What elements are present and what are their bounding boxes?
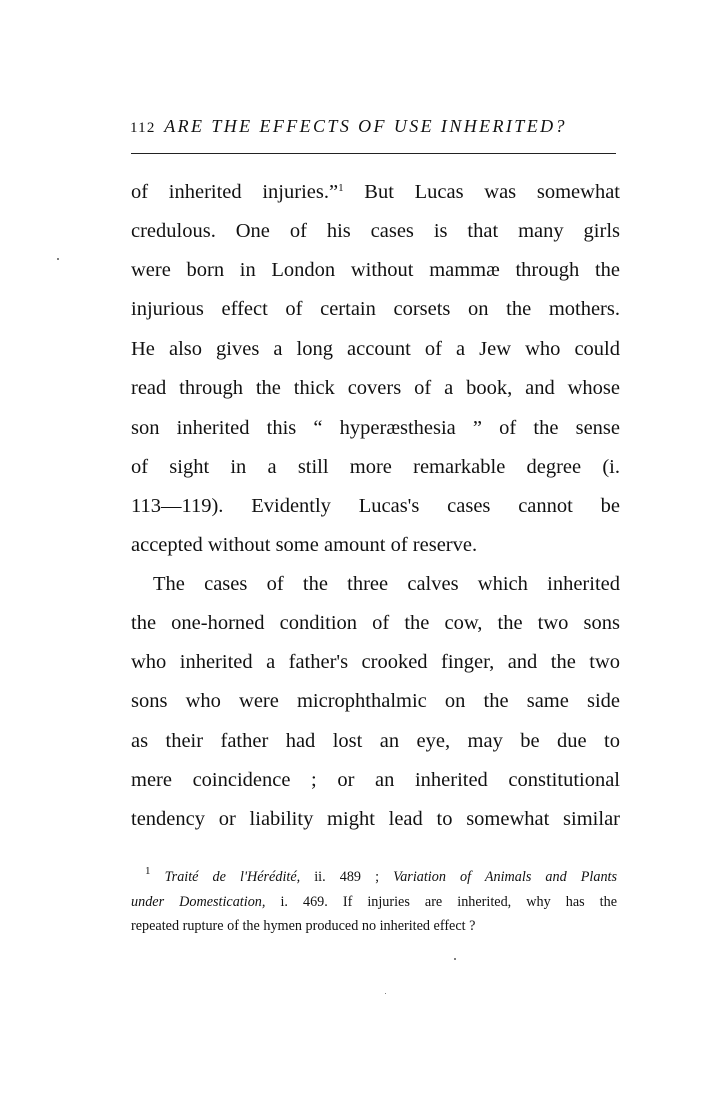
body-line-11: The cases of the three calves which inhe… — [131, 569, 620, 599]
running-header: 112 ARE THE EFFECTS OF USE INHERITED? — [130, 116, 620, 140]
body-line-12: the one-horned condition of the cow, the… — [131, 608, 620, 638]
footnote-ref-2: i. 469. If injuries are inherited, why h… — [265, 894, 617, 910]
body-line-3: were born in London without mammæ throug… — [131, 255, 620, 285]
book-page: 112 ARE THE EFFECTS OF USE INHERITED? of… — [0, 0, 727, 1112]
footnote-title-2a: Variation of Animals and Plants — [393, 869, 617, 885]
footnote-line-2: under Domestication, i. 469. If injuries… — [131, 891, 617, 913]
body-line-14: sons who were microphthalmic on the same… — [131, 686, 620, 716]
footnote-ref-1: ii. 489 ; — [300, 869, 393, 885]
body-line-17: tendency or liability might lead to some… — [131, 804, 620, 834]
scan-speck — [454, 958, 456, 960]
footnote-title-2b: under Domestication, — [131, 894, 265, 910]
page-number: 112 — [130, 120, 156, 136]
body-line-4: injurious effect of certain corsets on t… — [131, 294, 620, 324]
scan-speck — [385, 993, 386, 994]
body-line-16: mere coincidence ; or an inherited const… — [131, 765, 620, 795]
body-line-8: of sight in a still more remarkable degr… — [131, 452, 620, 482]
line-text: of inherited injuries.” — [131, 181, 338, 203]
footnote-title-1: Traité de l'Hérédité, — [165, 869, 301, 885]
body-line-6: read through the thick covers of a book,… — [131, 373, 620, 403]
footnote-marker: 1 — [145, 865, 151, 877]
header-rule — [131, 153, 616, 154]
body-line-9: 113—119). Evidently Lucas's cases cannot… — [131, 491, 620, 521]
footnote-line-3: repeated rupture of the hymen produced n… — [131, 915, 617, 937]
body-line-13: who inherited a father's crooked finger,… — [131, 647, 620, 677]
body-line-2: credulous. One of his cases is that many… — [131, 216, 620, 246]
body-line-10: accepted without some amount of reserve. — [131, 530, 620, 560]
line-text: But Lucas was somewhat — [344, 181, 620, 203]
body-line-15: as their father had lost an eye, may be … — [131, 726, 620, 756]
body-line-1: of inherited injuries.”1 But Lucas was s… — [131, 177, 620, 207]
running-title: ARE THE EFFECTS OF USE INHERITED? — [164, 116, 567, 136]
body-line-7: son inherited this “ hyperæsthesia ” of … — [131, 413, 620, 443]
scan-speck — [57, 258, 59, 260]
footnote-line-1: 1 Traité de l'Hérédité, ii. 489 ; Variat… — [131, 866, 617, 888]
body-line-5: He also gives a long account of a Jew wh… — [131, 334, 620, 364]
